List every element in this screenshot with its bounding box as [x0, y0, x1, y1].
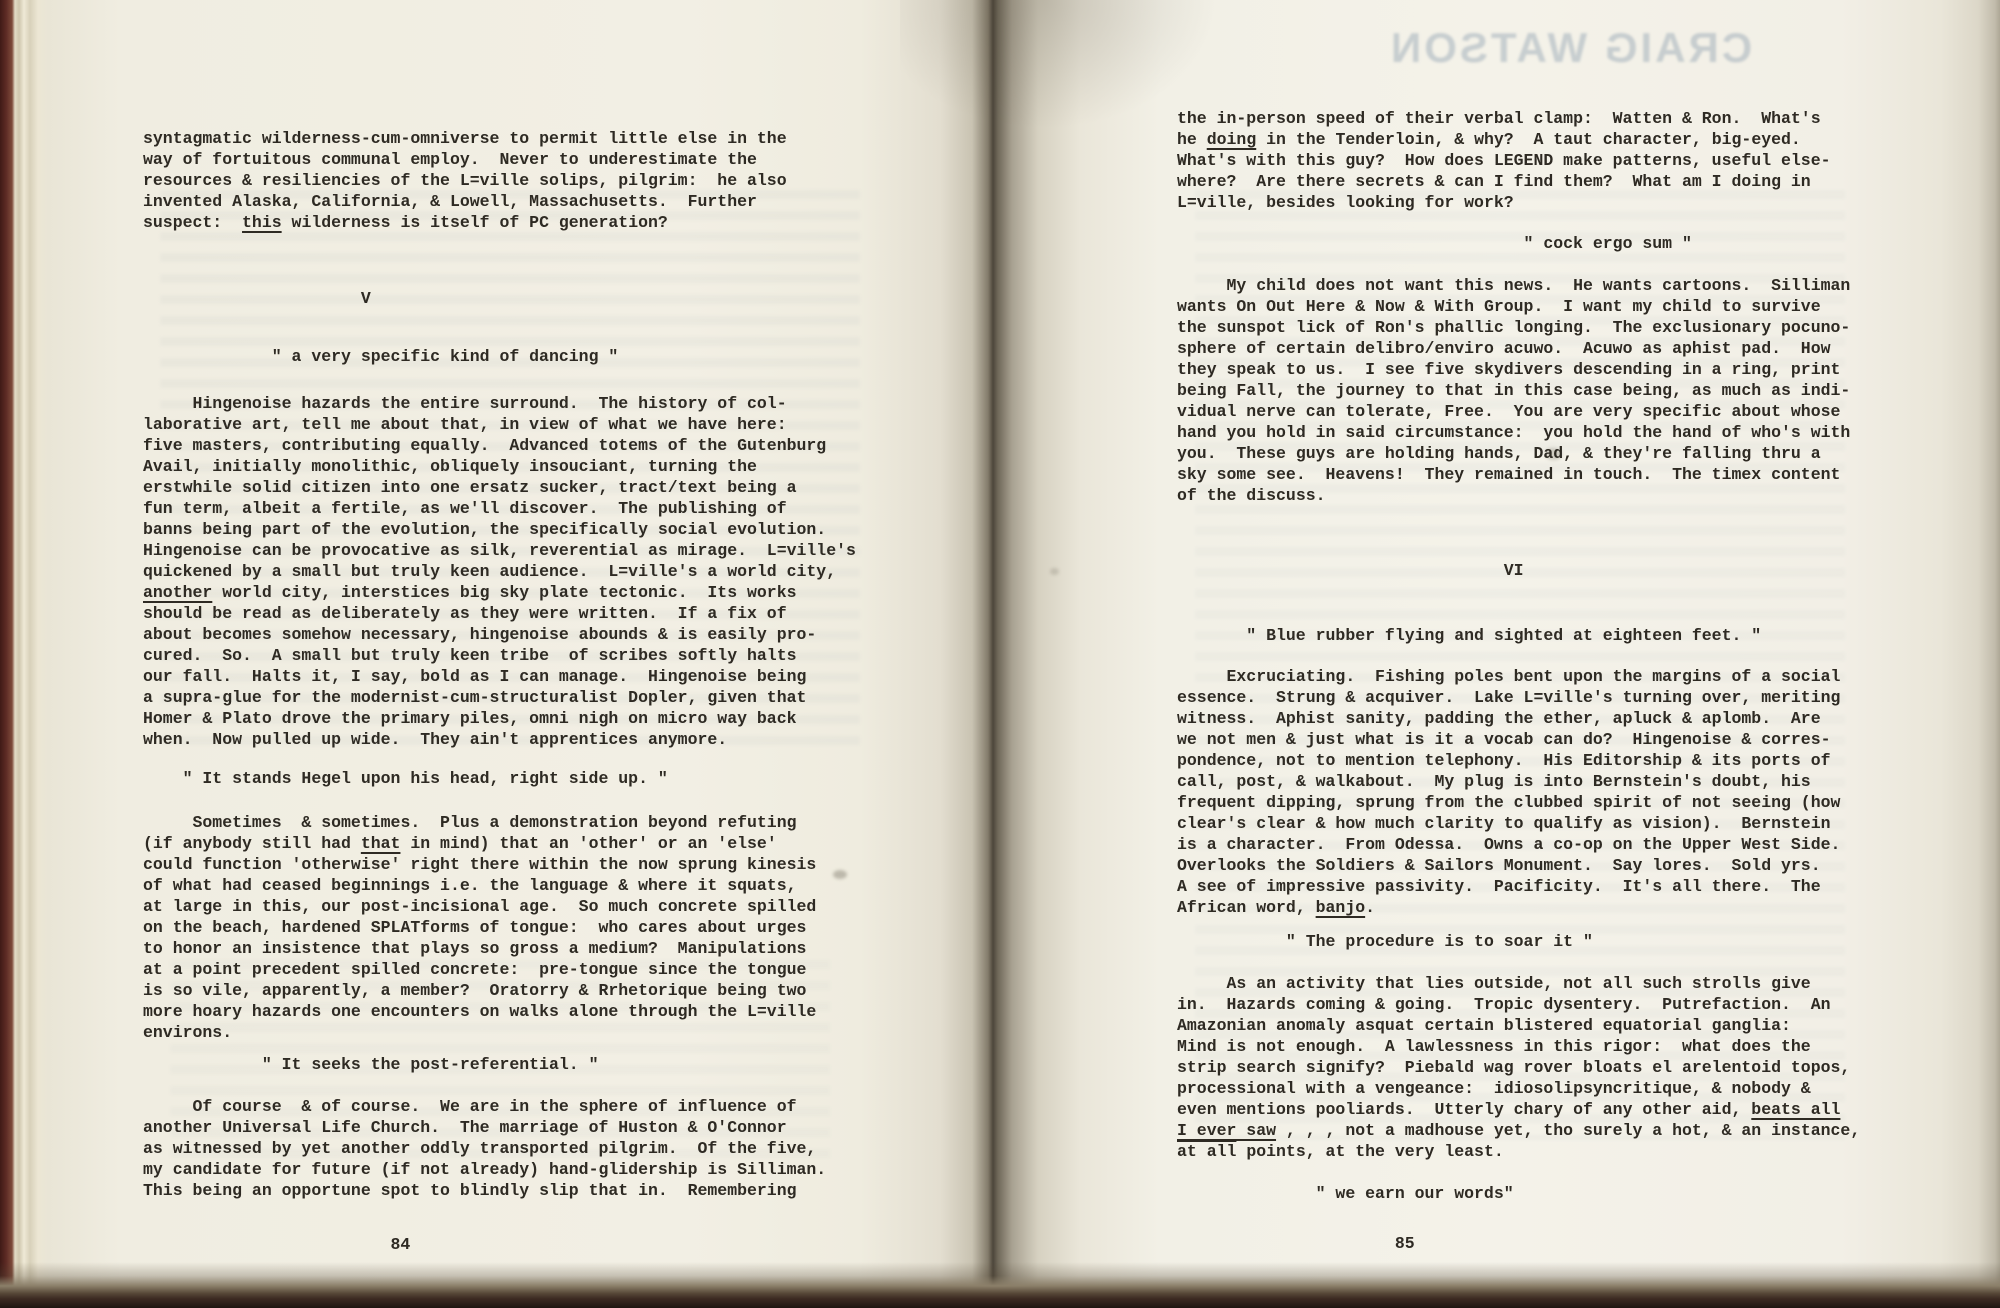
section-heading-vi: VI [1177, 560, 1937, 581]
page-number-85: 85 [1177, 1233, 1937, 1254]
paragraph-continuation: syntagmatic wilderness-cum-omniverse to … [143, 128, 923, 233]
quotation-blue-rubber: " Blue rubber flying and sighted at eigh… [1177, 625, 1937, 646]
paragraph-sometimes: Sometimes & sometimes. Plus a demonstrat… [143, 812, 923, 1043]
section-heading-v: V [143, 288, 923, 309]
smudge-mark [1050, 568, 1059, 575]
book-bottom-edge [0, 1262, 2000, 1308]
paragraph-excruciating: Excruciating. Fishing poles bent upon th… [1177, 666, 1937, 918]
book-spread-scan: CRAIG WATSON syntagmatic wilderness-cum-… [0, 0, 2000, 1308]
quotation-dancing: " a very specific kind of dancing " [143, 346, 923, 367]
quotation-cock-ergo-sum: " cock ergo sum " [1177, 233, 1937, 254]
paragraph-my-child: My child does not want this news. He wan… [1177, 275, 1937, 506]
quotation-hegel: " It stands Hegel upon his head, right s… [143, 768, 923, 789]
show-through-title: CRAIG WATSON [1330, 24, 1810, 76]
paragraph-continuation: the in-person speed of their verbal clam… [1177, 108, 1937, 213]
gutter-top-shadow [900, 0, 1220, 130]
quotation-procedure: " The procedure is to soar it " [1177, 931, 1937, 952]
page-84-text-column: syntagmatic wilderness-cum-omniverse to … [143, 128, 923, 1255]
paragraph-of-course: Of course & of course. We are in the sph… [143, 1096, 923, 1201]
page-85-text-column: the in-person speed of their verbal clam… [1177, 108, 1937, 1254]
quotation-post-referential: " It seeks the post-referential. " [143, 1054, 923, 1075]
paragraph-as-an-activity: As an activity that lies outside, not al… [1177, 973, 1937, 1162]
paragraph-hingenoise: Hingenoise hazards the entire surround. … [143, 393, 923, 750]
page-number-84: 84 [143, 1234, 923, 1255]
quotation-we-earn-our-words: " we earn our words" [1177, 1183, 1937, 1204]
